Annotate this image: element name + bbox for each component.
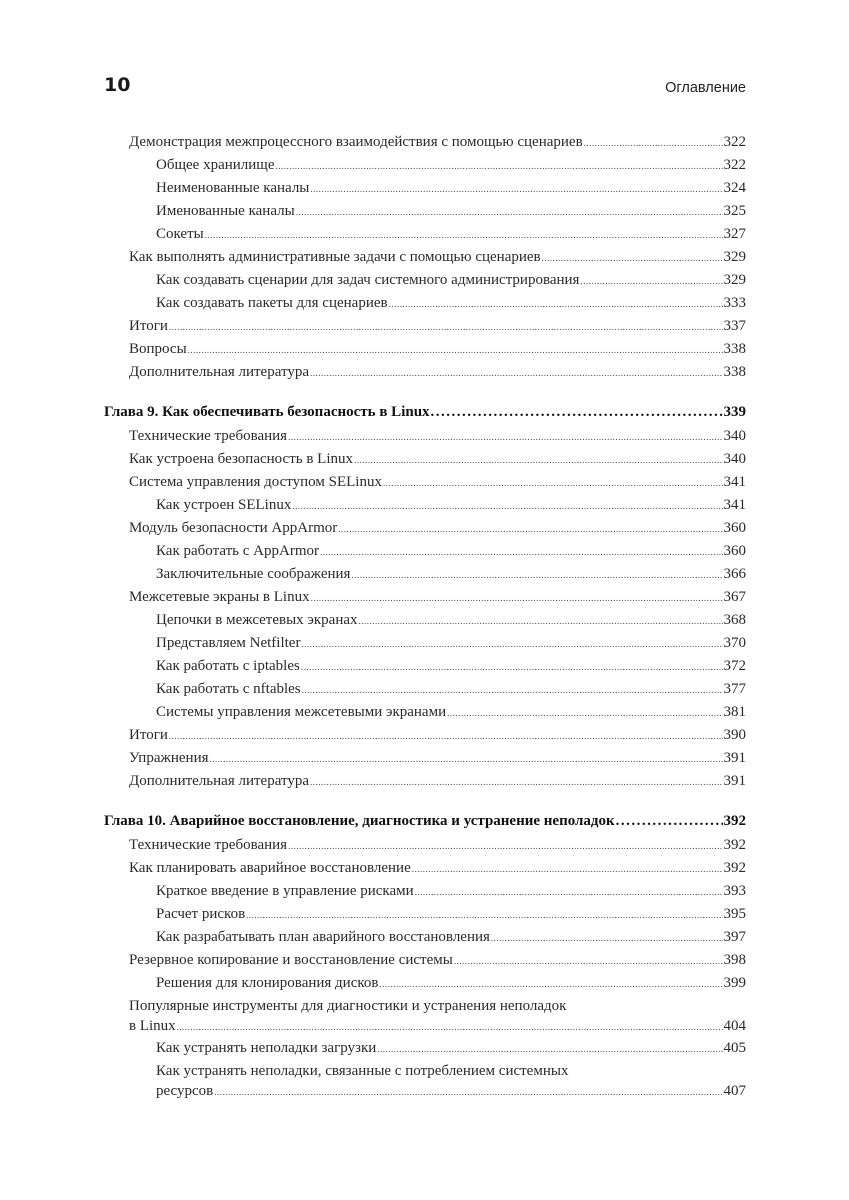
toc-entry[interactable]: Резервное копирование и восстановление с… <box>104 949 746 972</box>
toc-entry-title: Расчет рисков <box>156 903 245 926</box>
dot-leader <box>415 881 723 904</box>
dot-leader <box>301 656 723 679</box>
toc-entry-title: Популярные инструменты для диагностики и… <box>129 997 746 1016</box>
toc-entry[interactable]: Как выполнять административные задачи с … <box>104 246 746 269</box>
dot-leader <box>412 858 723 881</box>
dot-leader <box>379 973 722 996</box>
toc-entry-title: Как устранять неполадки загрузки <box>156 1037 376 1060</box>
toc-entry[interactable]: Как планировать аварийное восстановление… <box>104 857 746 880</box>
toc-entry[interactable]: Итоги337 <box>104 315 746 338</box>
toc-entry-title: Демонстрация межпроцессного взаимодейств… <box>129 131 583 154</box>
toc-entry-title: Технические требования <box>129 425 287 448</box>
toc-page-number: 340 <box>724 448 747 471</box>
toc-page-number: 333 <box>724 292 747 315</box>
toc-entry-title: Как работать с AppArmor <box>156 540 319 563</box>
dot-leader <box>383 472 723 495</box>
toc-entry-title: Как разрабатывать план аварийного восста… <box>156 926 490 949</box>
dot-leader <box>214 1082 722 1103</box>
dot-leader <box>288 835 722 858</box>
toc-entry[interactable]: Вопросы338 <box>104 338 746 361</box>
toc-page-number: 324 <box>724 177 747 200</box>
toc-entry[interactable]: Как работать с nftables377 <box>104 678 746 701</box>
toc-entry[interactable]: Расчет рисков395 <box>104 903 746 926</box>
dot-leader <box>310 771 723 794</box>
toc-entry[interactable]: Общее хранилище322 <box>104 154 746 177</box>
dot-leader <box>310 362 723 385</box>
toc-entry-title: Заключительные соображения <box>156 563 350 586</box>
toc-entry[interactable]: Демонстрация межпроцессного взаимодейств… <box>104 131 746 154</box>
toc-entry[interactable]: Как устранять неполадки загрузки405 <box>104 1037 746 1060</box>
toc-entry[interactable]: Система управления доступом SELinux341 <box>104 471 746 494</box>
toc-page-number: 398 <box>724 949 747 972</box>
dot-leader <box>542 247 723 270</box>
toc-entry-title: Вопросы <box>129 338 187 361</box>
toc-entry-title: Как работать с nftables <box>156 678 301 701</box>
toc-entry-title: Неименованные каналы <box>156 177 309 200</box>
toc-page-number: 360 <box>724 540 747 563</box>
toc-entry-title: Краткое введение в управление рисками <box>156 880 414 903</box>
toc-entry[interactable]: Системы управления межсетевыми экранами3… <box>104 701 746 724</box>
toc-entry-title: Как планировать аварийное восстановление <box>129 857 411 880</box>
dot-leader <box>292 495 722 518</box>
toc-page-number: 338 <box>724 361 747 384</box>
dot-leader <box>205 224 723 247</box>
toc-entry-title: Сокеты <box>156 223 204 246</box>
toc-entry-title: Как создавать сценарии для задач системн… <box>156 269 579 292</box>
page-header: 10 Оглавление <box>104 74 746 98</box>
toc-entry-title: Система управления доступом SELinux <box>129 471 382 494</box>
toc-page-number: 322 <box>724 154 747 177</box>
toc-page-number: 325 <box>724 200 747 223</box>
toc-entry-title: Как устроена безопасность в Linux <box>129 448 353 471</box>
dot-leader <box>377 1038 722 1061</box>
toc-entry-title: Системы управления межсетевыми экранами <box>156 701 446 724</box>
toc-page-number: 392 <box>724 809 747 834</box>
toc-entry[interactable]: Дополнительная литература391 <box>104 770 746 793</box>
toc-entry[interactable]: Как создавать сценарии для задач системн… <box>104 269 746 292</box>
toc-page-number: 395 <box>724 903 747 926</box>
toc-entry-title: Цепочки в межсетевых экранах <box>156 609 358 632</box>
toc-entry-title: Итоги <box>129 724 168 747</box>
dot-leader <box>491 927 723 950</box>
toc-entry-title-cont: в Linux <box>129 1016 176 1037</box>
toc-entry-title: Как работать с iptables <box>156 655 300 678</box>
toc-page-number: 391 <box>724 747 747 770</box>
toc-page-number: 407 <box>724 1081 747 1102</box>
toc-page-number: 381 <box>724 701 747 724</box>
toc-page-number: 377 <box>724 678 747 701</box>
toc-page-number: 399 <box>724 972 747 995</box>
dot-leader <box>301 633 722 656</box>
toc-entry[interactable]: Межсетевые экраны в Linux367 <box>104 586 746 609</box>
dot-leader <box>447 702 722 725</box>
dot-leader <box>338 518 722 541</box>
toc-page-number: 392 <box>724 834 747 857</box>
toc-entry-title: Представляем Netfilter <box>156 632 300 655</box>
dot-leader <box>210 748 723 771</box>
dot-leader <box>177 1017 723 1038</box>
toc-entry-title: Как устроен SELinux <box>156 494 291 517</box>
toc-entry-title: Как выполнять административные задачи с … <box>129 246 541 269</box>
toc-page-number: 366 <box>724 563 747 586</box>
toc-entry[interactable]: Сокеты327 <box>104 223 746 246</box>
dot-leader <box>454 950 723 973</box>
toc-entry-title: Модуль безопасности AppArmor <box>129 517 337 540</box>
dot-leader <box>431 400 723 425</box>
toc-entry-title: Межсетевые экраны в Linux <box>129 586 310 609</box>
toc-page-number: 360 <box>724 517 747 540</box>
toc-chapter[interactable]: Глава 9. Как обеспечивать безопасность в… <box>104 400 746 425</box>
toc-entry[interactable]: Дополнительная литература338 <box>104 361 746 384</box>
dot-leader <box>310 178 722 201</box>
toc-entry[interactable]: Как работать с AppArmor360 <box>104 540 746 563</box>
toc-page-number: 392 <box>724 857 747 880</box>
toc-entry[interactable]: Популярные инструменты для диагностики и… <box>104 995 746 1037</box>
dot-leader <box>389 293 723 316</box>
toc-page-number: 341 <box>724 471 747 494</box>
dot-leader <box>311 587 723 610</box>
toc-entry-title: Общее хранилище <box>156 154 275 177</box>
dot-leader <box>354 449 723 472</box>
toc-page-number: 329 <box>724 246 747 269</box>
toc-entry[interactable]: Как разрабатывать план аварийного восста… <box>104 926 746 949</box>
dot-leader <box>169 316 723 339</box>
dot-leader <box>302 679 723 702</box>
toc-entry-title-cont: ресурсов <box>156 1081 213 1102</box>
toc-entry[interactable]: Представляем Netfilter370 <box>104 632 746 655</box>
toc-entry[interactable]: Именованные каналы325 <box>104 200 746 223</box>
toc-entry[interactable]: Заключительные соображения366 <box>104 563 746 586</box>
toc-entry[interactable]: Краткое введение в управление рисками393 <box>104 880 746 903</box>
toc-entry-title: Именованные каналы <box>156 200 295 223</box>
toc-entry-title: Упражнения <box>129 747 209 770</box>
toc-page-number: 393 <box>724 880 747 903</box>
dot-leader <box>188 339 723 362</box>
toc-page-number: 390 <box>724 724 747 747</box>
toc-entry[interactable]: Цепочки в межсетевых экранах368 <box>104 609 746 632</box>
toc-entry-title: Дополнительная литература <box>129 770 309 793</box>
toc-entry[interactable]: Модуль безопасности AppArmor360 <box>104 517 746 540</box>
toc-entry[interactable]: Решения для клонирования дисков399 <box>104 972 746 995</box>
toc-entry[interactable]: Как создавать пакеты для сценариев333 <box>104 292 746 315</box>
dot-leader <box>359 610 723 633</box>
dot-leader <box>246 904 722 927</box>
toc-page-number: 370 <box>724 632 747 655</box>
toc-entry[interactable]: Технические требования392 <box>104 834 746 857</box>
toc-entry-title: Итоги <box>129 315 168 338</box>
toc-page-number: 341 <box>724 494 747 517</box>
table-of-contents: Демонстрация межпроцессного взаимодейств… <box>104 131 746 1102</box>
toc-entry-title: Дополнительная литература <box>129 361 309 384</box>
toc-page-number: 340 <box>724 425 747 448</box>
toc-entry-title: Глава 10. Аварийное восстановление, диаг… <box>104 809 615 834</box>
toc-entry-title: Как создавать пакеты для сценариев <box>156 292 388 315</box>
toc-page-number: 322 <box>724 131 747 154</box>
toc-entry[interactable]: Упражнения391 <box>104 747 746 770</box>
toc-entry[interactable]: Как устранять неполадки, связанные с пот… <box>104 1060 746 1102</box>
toc-entry[interactable]: Итоги390 <box>104 724 746 747</box>
toc-page-number: 329 <box>724 269 747 292</box>
toc-page-number: 397 <box>724 926 747 949</box>
toc-page-number: 367 <box>724 586 747 609</box>
toc-page-number: 339 <box>724 400 747 425</box>
dot-leader <box>616 809 723 834</box>
dot-leader <box>320 541 723 564</box>
toc-page-number: 404 <box>724 1016 747 1037</box>
toc-page-number: 368 <box>724 609 747 632</box>
toc-entry[interactable]: Как работать с iptables372 <box>104 655 746 678</box>
dot-leader <box>351 564 722 587</box>
toc-entry-title: Технические требования <box>129 834 287 857</box>
page-number: 10 <box>104 74 130 96</box>
toc-page-number: 405 <box>724 1037 747 1060</box>
toc-page-number: 338 <box>724 338 747 361</box>
toc-entry-title: Решения для клонирования дисков <box>156 972 378 995</box>
toc-page-number: 391 <box>724 770 747 793</box>
toc-page-number: 372 <box>724 655 747 678</box>
running-title: Оглавление <box>665 80 746 96</box>
toc-entry[interactable]: Как устроен SELinux341 <box>104 494 746 517</box>
dot-leader <box>288 426 722 449</box>
dot-leader <box>584 132 723 155</box>
toc-entry-title: Глава 9. Как обеспечивать безопасность в… <box>104 400 430 425</box>
toc-entry-title: Как устранять неполадки, связанные с пот… <box>156 1062 746 1081</box>
toc-page-number: 327 <box>724 223 747 246</box>
dot-leader <box>276 155 723 178</box>
dot-leader <box>296 201 723 224</box>
toc-chapter[interactable]: Глава 10. Аварийное восстановление, диаг… <box>104 809 746 834</box>
toc-page-number: 337 <box>724 315 747 338</box>
toc-entry-title: Резервное копирование и восстановление с… <box>129 949 453 972</box>
dot-leader <box>580 270 722 293</box>
dot-leader <box>169 725 723 748</box>
toc-entry[interactable]: Как устроена безопасность в Linux340 <box>104 448 746 471</box>
toc-entry[interactable]: Неименованные каналы324 <box>104 177 746 200</box>
toc-entry[interactable]: Технические требования340 <box>104 425 746 448</box>
